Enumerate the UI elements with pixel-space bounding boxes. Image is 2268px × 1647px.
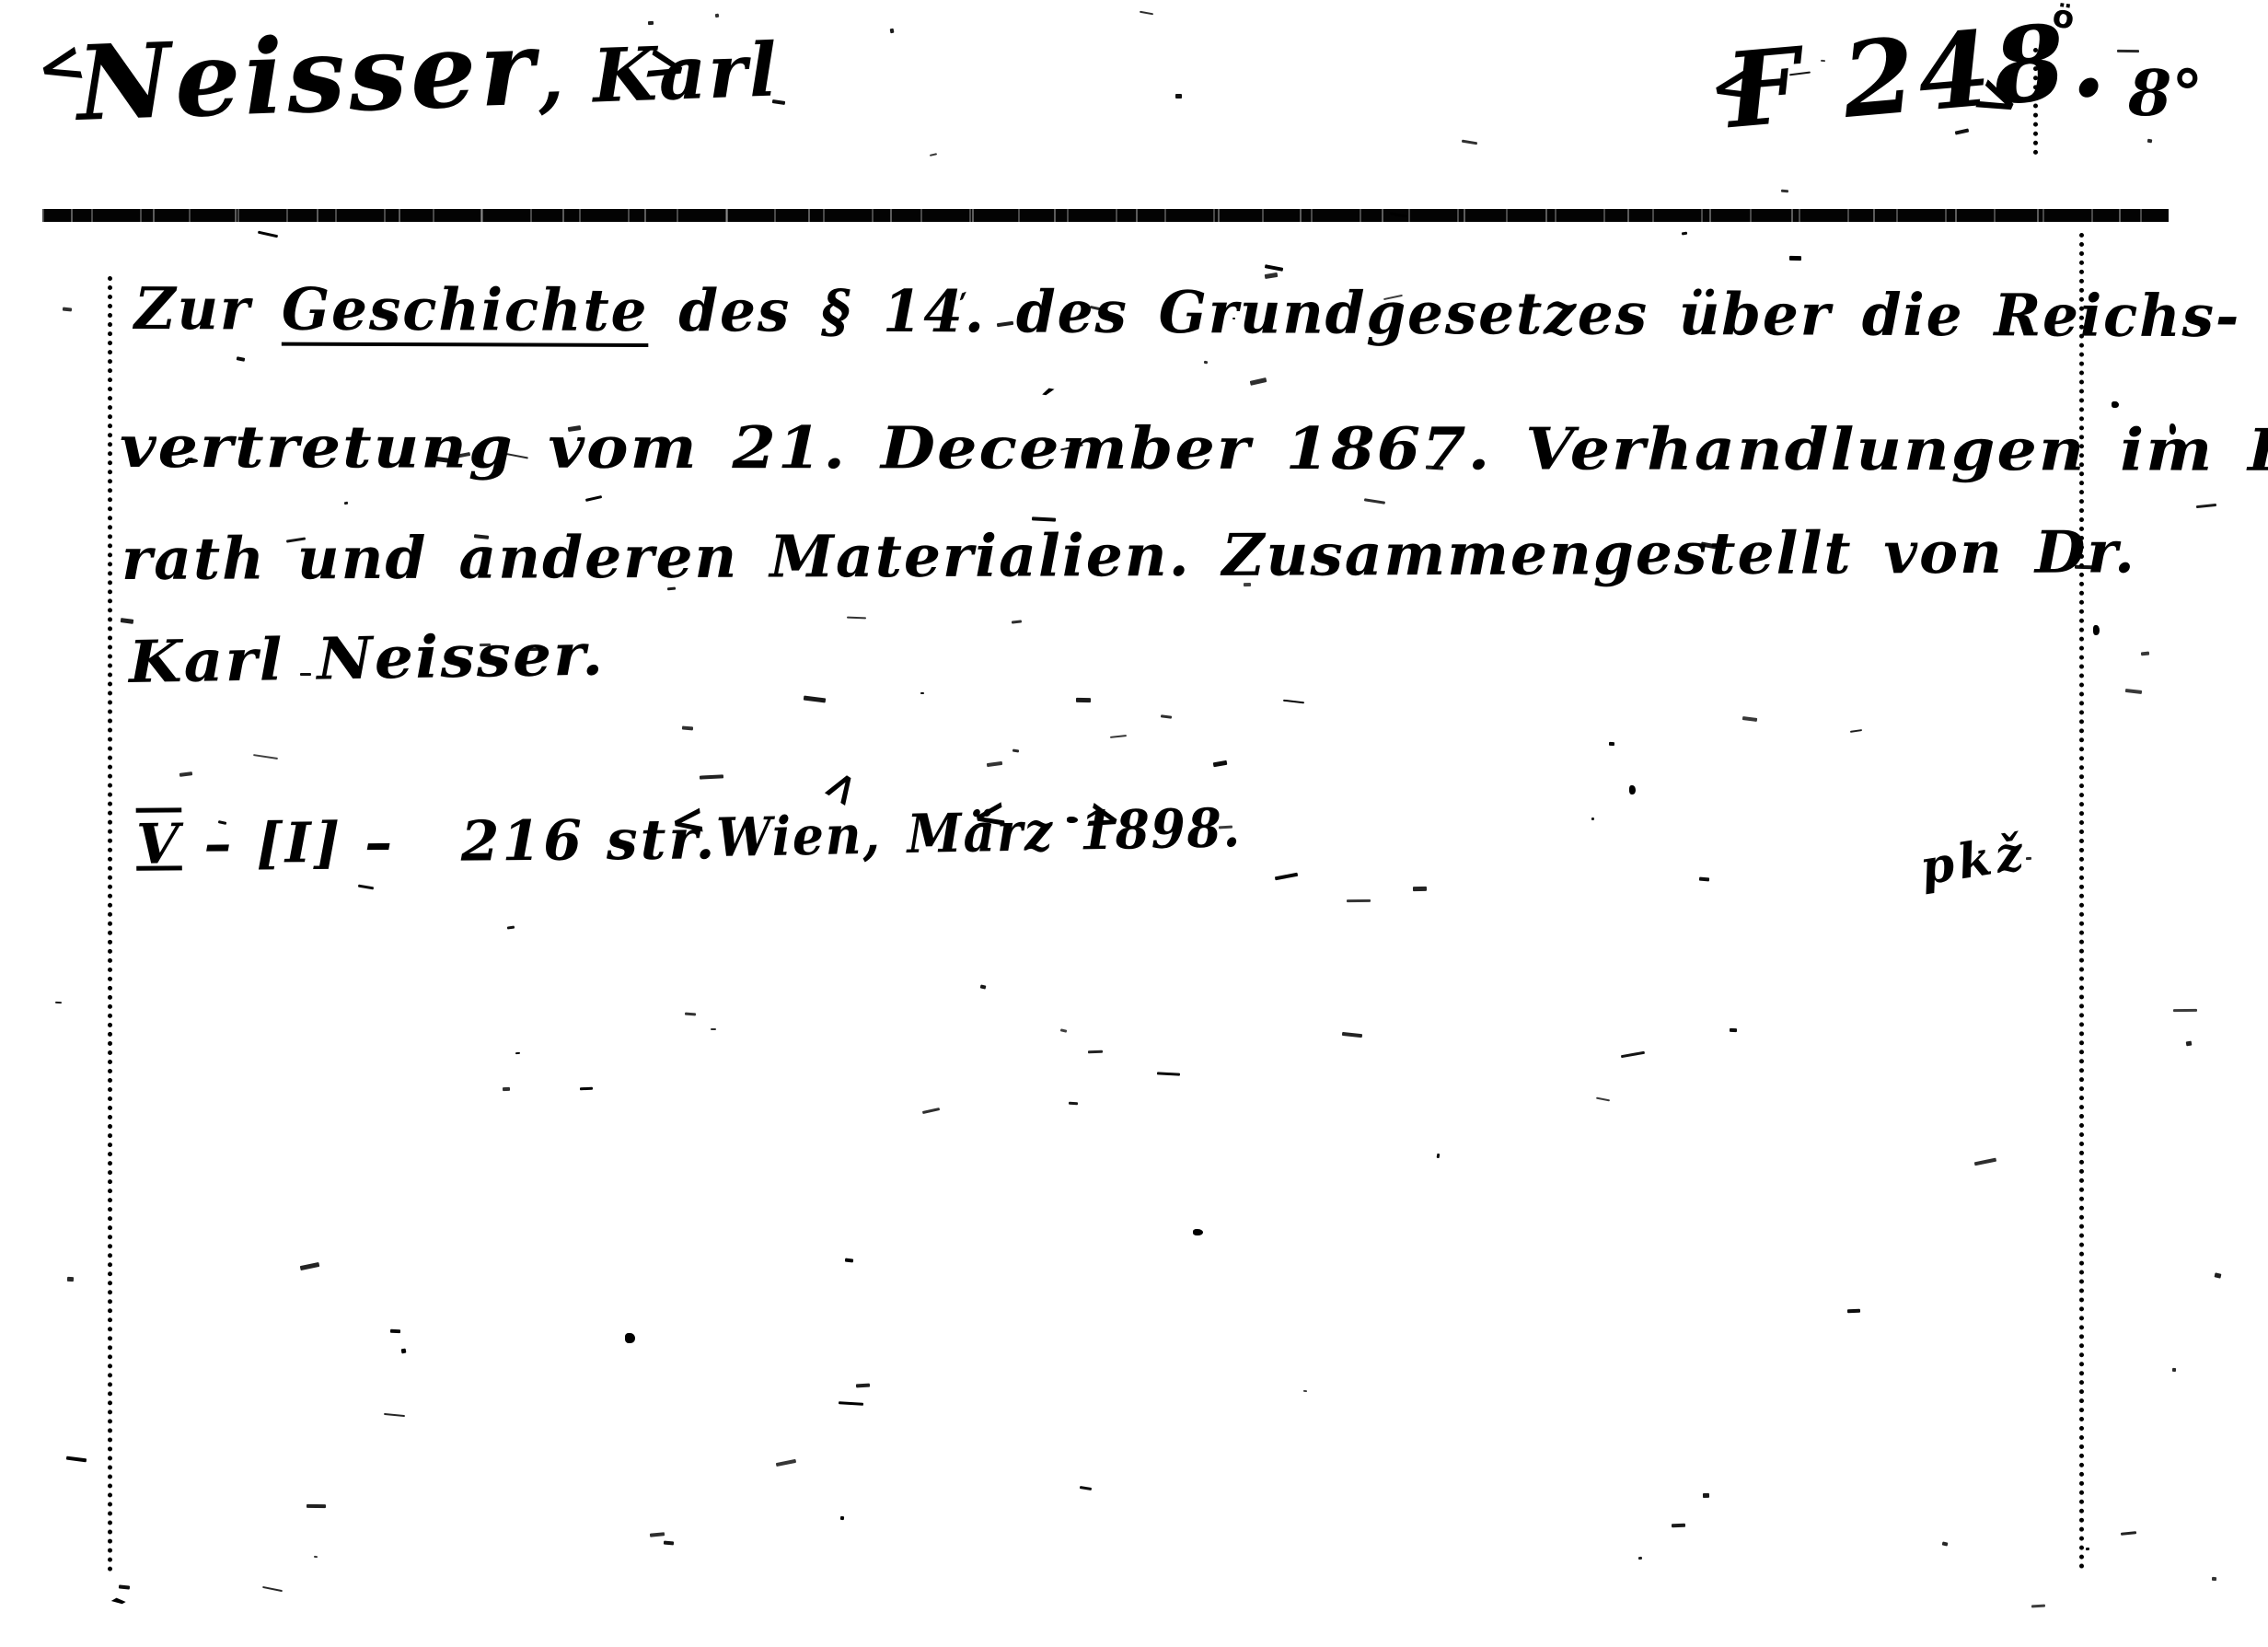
noise-speck [300,673,311,676]
noise-speck [1596,1097,1610,1102]
noise-speck [667,586,676,589]
noise-speck [1699,876,1709,881]
noise-speck [1682,231,1688,235]
noise-speck [2117,50,2139,52]
noise-speck [480,643,491,646]
noise-speck [682,725,694,730]
noise-speck [1742,716,1757,722]
noise-speck [1250,377,1267,385]
noise-speck [1283,700,1304,704]
noise-speck [2086,1548,2089,1550]
noise-speck [580,1087,593,1091]
right-margin-dotted-line-top [2033,48,2038,155]
noise-speck [515,1051,521,1054]
noise-speck [2031,1605,2046,1608]
noise-speck [1204,361,1208,364]
noise-speck [664,1540,674,1545]
noise-speck [1821,59,1825,62]
diaeresis-mark: ö [2051,1,2077,35]
noise-speck [1069,1102,1078,1105]
noise-speck [920,692,924,694]
noise-speck [390,1329,401,1334]
noise-speck [855,1384,869,1388]
noise-speck [685,1012,696,1015]
noise-speck [1847,1309,1860,1314]
noise-speck [1076,697,1091,702]
format-notation: 8° [2128,57,2203,131]
ink-blob [1193,1229,1203,1235]
noise-speck [1609,742,1614,746]
noise-speck [1621,1051,1645,1059]
noise-speck [1347,899,1371,902]
ink-blob [1067,817,1078,823]
noise-speck [1212,760,1227,766]
noise-speck [401,1349,406,1353]
ink-blob [2112,401,2118,408]
noise-speck [1461,139,1476,145]
noise-speck [63,307,72,311]
noise-speck [2121,1531,2136,1535]
noise-speck [840,1516,845,1520]
noise-speck [119,1584,130,1589]
noise-speck [1219,825,1232,829]
noise-speck [1413,886,1427,890]
noise-speck [307,1504,326,1509]
noise-speck [2173,1009,2197,1012]
noise-speck [344,501,348,505]
noise-speck [253,754,278,760]
noise-speck [1157,1073,1180,1076]
noise-speck [300,1261,320,1270]
title-line-2: vertretung vom 21. December 1867. Verhan… [120,412,2268,484]
noise-speck [1702,1492,1708,1497]
noise-speck [2172,1368,2177,1372]
noise-speck [1059,1028,1066,1033]
noise-speck [507,926,515,930]
noise-speck [1175,94,1182,99]
noise-speck [1781,190,1788,193]
noise-speck [1275,873,1298,881]
noise-speck [929,153,936,157]
noise-speck [1591,818,1594,820]
title-line-4: Karl Neisser. [128,620,606,696]
noise-speck [1080,1486,1092,1490]
noise-speck [67,1277,74,1282]
noise-speck [258,230,279,238]
noise-speck [711,1027,716,1029]
call-number: V – [I] – 216 str. [136,807,718,877]
noise-speck [2196,503,2217,508]
noise-speck [1638,1557,1642,1560]
noise-speck [2141,652,2149,656]
stray-stroke-mark: ˎ [90,1557,132,1606]
author-surname: Neisser [75,8,539,145]
noise-speck [1437,1153,1441,1157]
noise-speck [66,1456,87,1462]
noise-speck [1303,1390,1307,1392]
title-line-1-underlined-word: Geschichte [282,275,649,344]
title-line-1-pre: Zur [134,274,282,343]
noise-speck [1012,748,1019,752]
noise-speck [1088,1050,1103,1053]
noise-speck [314,1556,318,1558]
ink-blob [625,1333,634,1343]
noise-speck [2212,1577,2216,1582]
noise-speck [1941,1541,1948,1547]
noise-speck [890,28,895,32]
noise-speck [357,884,373,889]
noise-speck [179,771,192,777]
noise-speck [847,616,866,619]
noise-speck [262,1586,283,1592]
noise-speck [776,1459,796,1467]
header-rule [42,209,2169,222]
noise-speck [503,1087,510,1091]
noise-speck [1672,1523,1685,1526]
noise-speck [1140,11,1153,16]
noise-speck [2214,1272,2221,1278]
noise-speck [2186,1041,2192,1046]
noise-speck [120,618,133,624]
call-number-rest: – [I] – 216 str. [181,807,717,876]
catalog-card-scan: Neisser, Karl F 248. 8° Zur Geschichte d… [0,0,2268,1647]
noise-speck [1850,729,1862,733]
call-number-volume: V [136,812,182,876]
noise-speck [922,1108,941,1114]
noise-speck [237,357,246,362]
noise-speck [980,984,987,990]
noise-speck [2125,689,2143,694]
noise-speck [1730,1028,1737,1033]
ink-blob [2093,625,2100,635]
noise-speck [839,1402,863,1407]
noise-speck [1789,256,1801,261]
noise-speck [987,760,1003,766]
chevron-left-mark: < [968,791,1011,839]
noise-speck [2026,857,2032,860]
noise-speck [1110,735,1127,738]
noise-speck [1265,264,1284,272]
noise-speck [804,695,827,702]
ink-blob [1629,785,1636,795]
chevron-left-mark: < [667,797,709,844]
title-line-3: rath und anderen Materialien. Zusammenge… [121,517,2136,593]
noise-speck [2147,138,2152,143]
noise-speck [1160,714,1171,719]
noise-speck [1012,620,1022,623]
noise-speck [585,495,602,501]
noise-speck [700,775,723,780]
ink-blob [2170,423,2176,435]
noise-speck [648,20,654,24]
noise-speck [384,1413,405,1418]
noise-speck [1342,1032,1362,1038]
noise-speck [1364,498,1385,504]
cataloguer-initials: pkž [1916,824,2031,897]
noise-speck [650,1532,665,1537]
title-line-1-post: des § 14. des Grundgesetzes über die Rei… [648,276,2240,350]
title-line-1: Zur Geschichte des § 14. des Grundgesetz… [134,274,2241,350]
noise-speck [55,1002,63,1003]
left-margin-dotted-line [108,276,112,1572]
noise-speck [1244,583,1252,586]
noise-speck [1974,1158,1996,1166]
noise-speck [845,1258,853,1262]
